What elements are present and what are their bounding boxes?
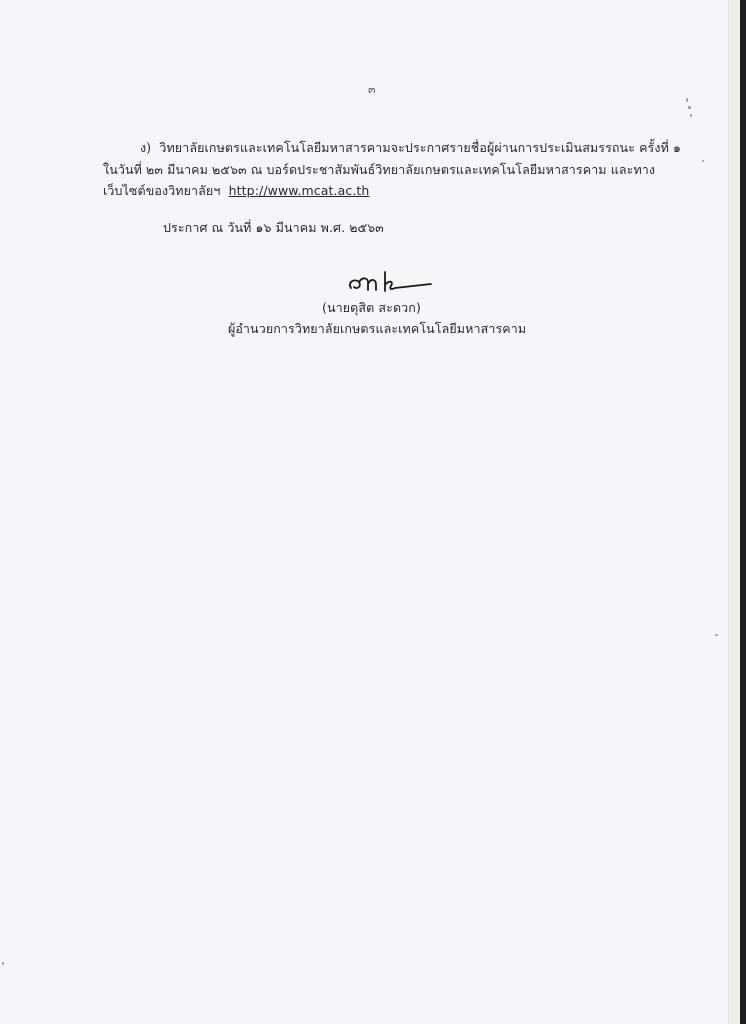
scan-speck — [715, 634, 718, 636]
paragraph-line-2: ในวันที่ ๒๓ มีนาคม ๒๕๖๓ ณ บอร์ดประชาสัมพ… — [103, 160, 655, 180]
scan-speck — [690, 114, 692, 117]
scan-speck — [686, 98, 688, 102]
paragraph-line-3: เว็บไซต์ของวิทยาลัยฯ http://www.mcat.ac.… — [103, 181, 369, 201]
signer-name: (นายดุสิต สะดวก) — [322, 298, 421, 318]
paragraph-text-3: เว็บไซต์ของวิทยาลัยฯ — [103, 183, 220, 198]
page-number: ๓ — [368, 80, 376, 98]
scan-speck — [688, 106, 691, 109]
scanned-page: ๓ ง) วิทยาลัยเกษตรและเทคโนโลยีมหาสารคามจ… — [0, 0, 728, 1024]
college-website-link[interactable]: http://www.mcat.ac.th — [229, 183, 370, 198]
item-marker: ง) — [140, 140, 151, 155]
signature-icon — [345, 270, 435, 298]
signer-title: ผู้อำนวยการวิทยาลัยเกษตรและเทคโนโลยีมหาส… — [228, 319, 526, 339]
paragraph-text-1: วิทยาลัยเกษตรและเทคโนโลยีมหาสารคามจะประก… — [159, 140, 681, 155]
announcement-date: ประกาศ ณ วันที่ ๑๖ มีนาคม พ.ศ. ๒๕๖๓ — [163, 218, 384, 238]
paragraph-line-1: ง) วิทยาลัยเกษตรและเทคโนโลยีมหาสารคามจะป… — [140, 138, 681, 158]
scanner-edge — [740, 0, 746, 1024]
scan-speck — [2, 962, 4, 965]
scan-speck — [702, 160, 704, 162]
